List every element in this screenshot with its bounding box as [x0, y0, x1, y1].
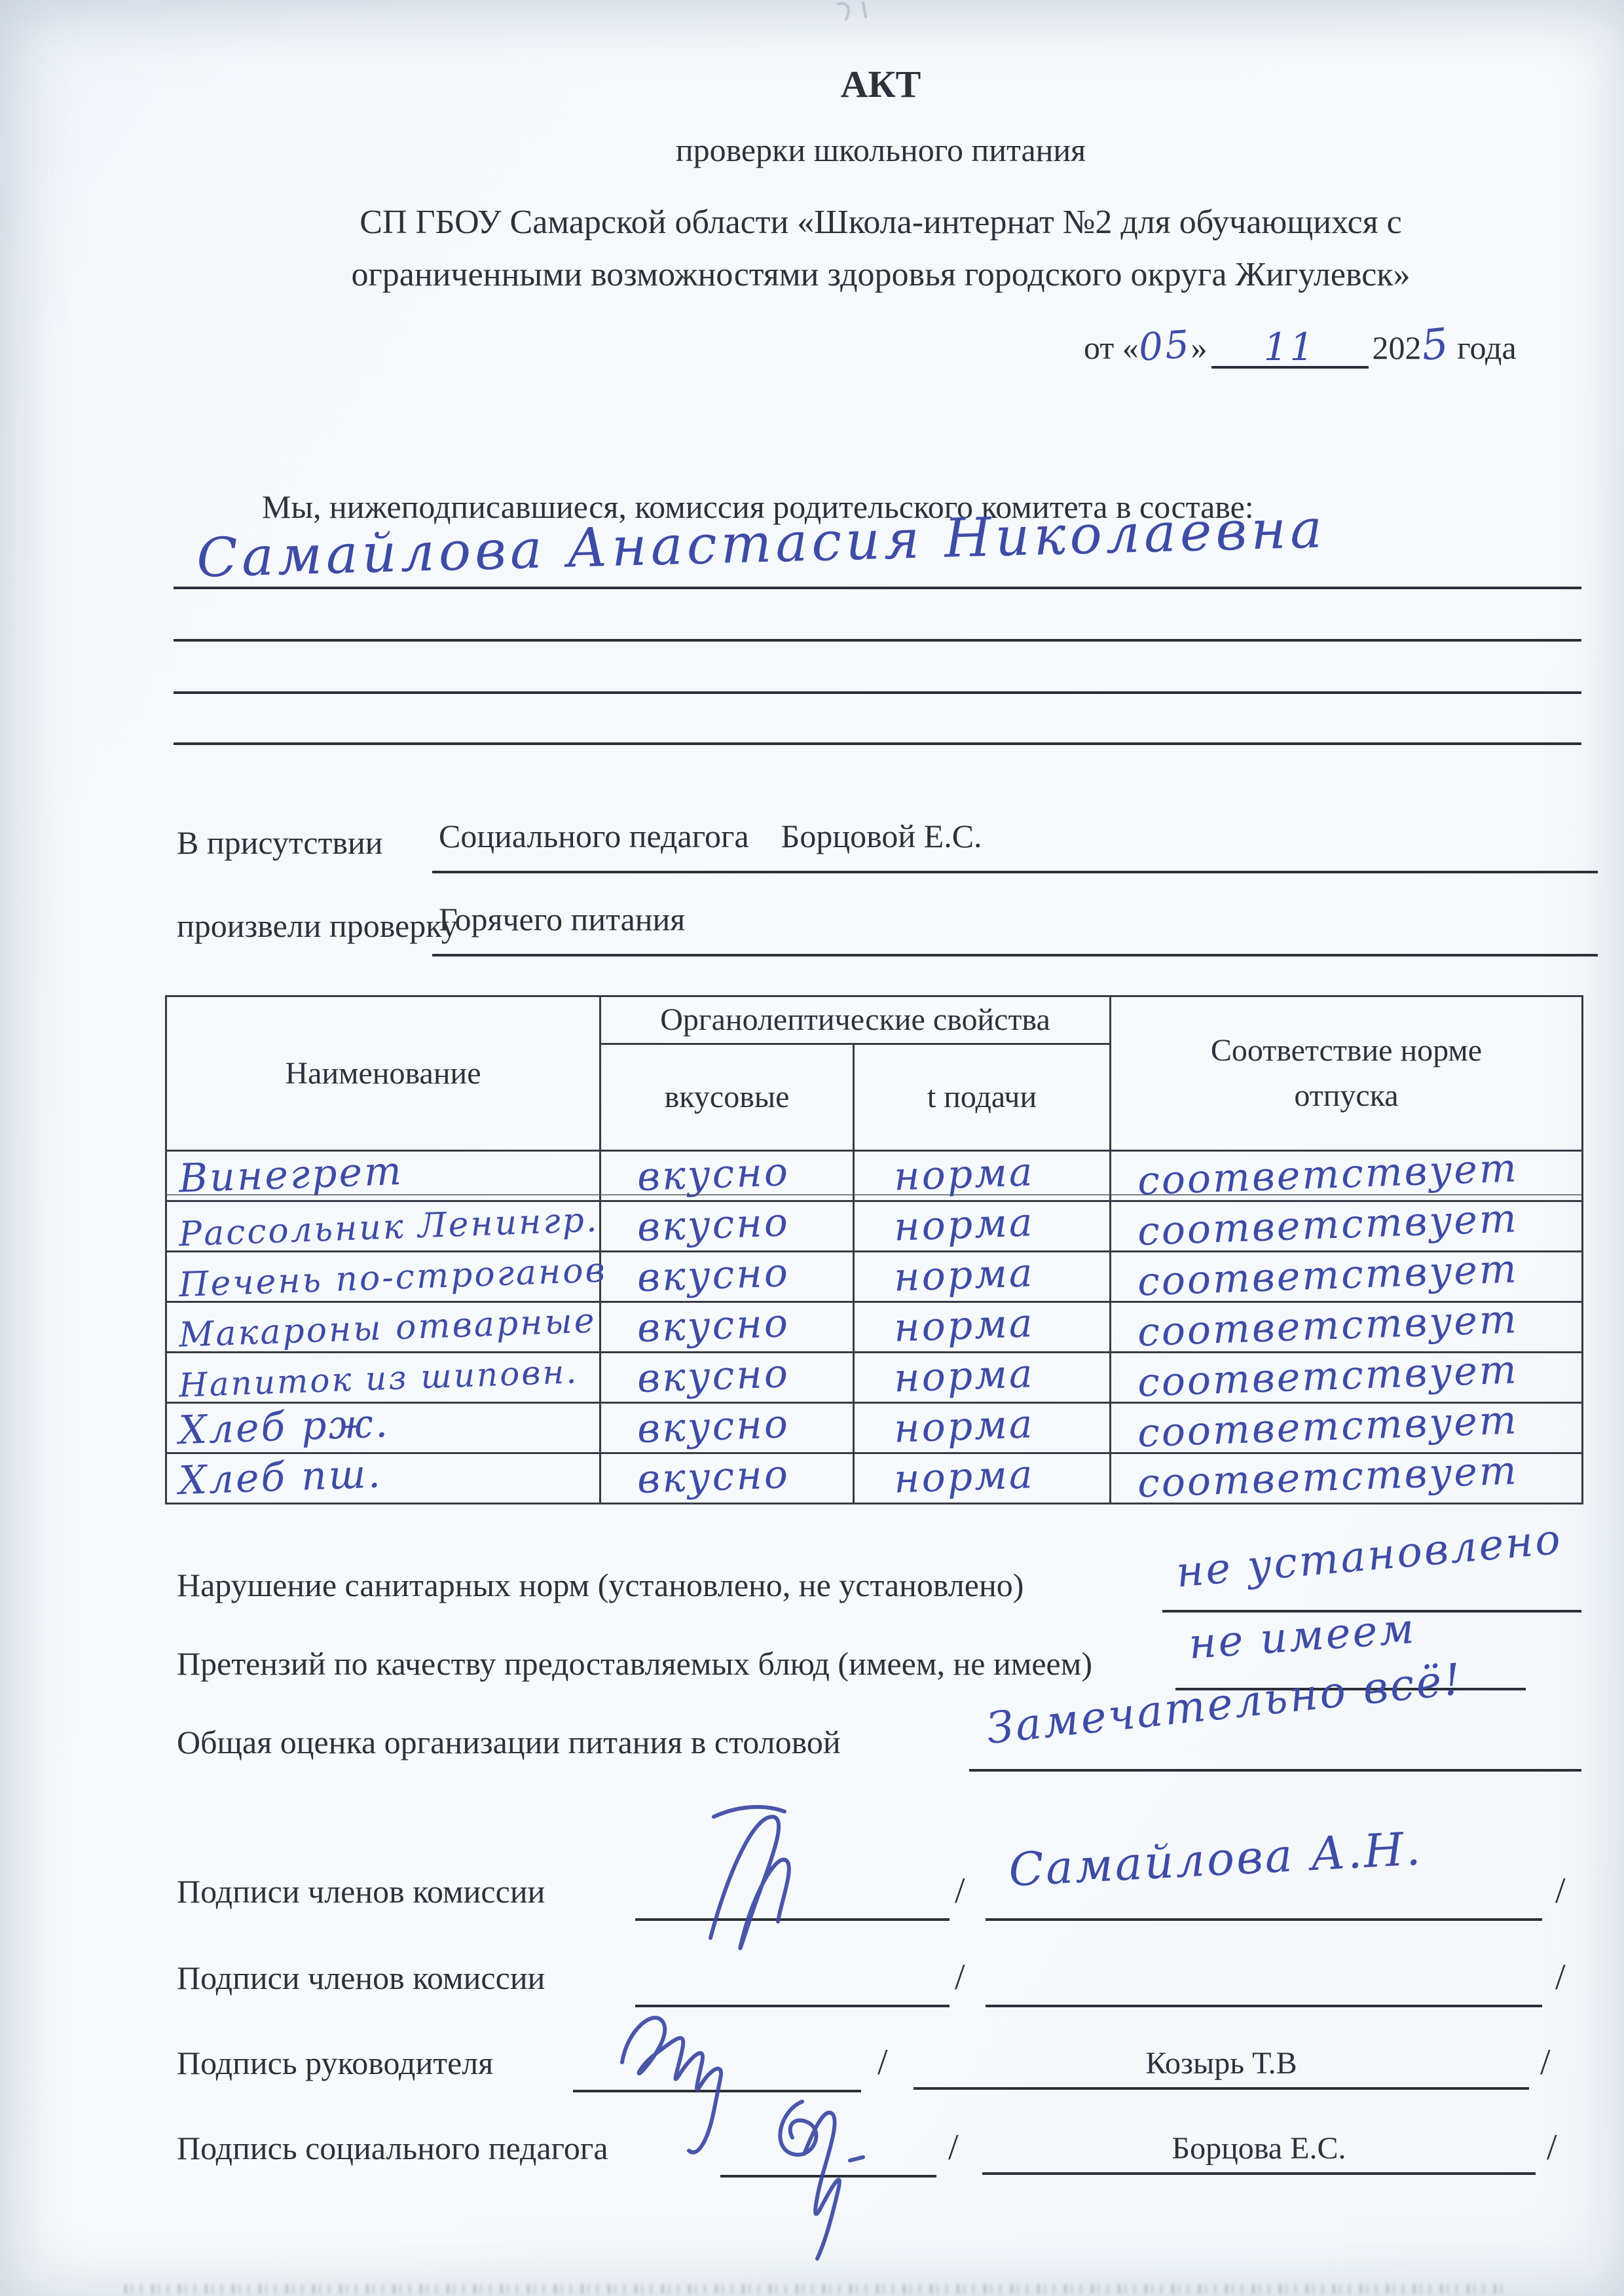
- dish-name-handwritten: Винегрет: [166, 1152, 404, 1199]
- temp-value-handwritten: норма: [854, 1455, 1035, 1501]
- header-double-line-artifact: [165, 1194, 1581, 1195]
- social-pedagogue-signature-scribble: [740, 2062, 910, 2285]
- taste-value-handwritten: вкусно: [600, 1455, 790, 1501]
- presence-field: Социального педагога Борцовой Е.С.: [432, 817, 1598, 873]
- document-title: АКТ: [177, 62, 1585, 106]
- signature-row-3-label: Подпись руководителя: [177, 2044, 493, 2082]
- taste-value-handwritten: вкусно: [600, 1354, 790, 1400]
- taste-value-handwritten: вкусно: [600, 1253, 790, 1299]
- date-month-field: 11: [1211, 328, 1369, 369]
- taste-value-handwritten: вкусно: [600, 1152, 790, 1198]
- dish-name-handwritten: Макароны отварные: [166, 1304, 597, 1353]
- signature-row-4-name-printed: Борцова Е.С.: [982, 2130, 1536, 2175]
- date-day-handwritten: 05: [1137, 325, 1192, 366]
- table-row: Рассольник Ленингр. вкусно норма соответ…: [166, 1201, 1583, 1251]
- signature-row-3-name-printed: Козырь Т.В: [913, 2045, 1529, 2090]
- table-row: Винегрет вкусно норма соответствует: [166, 1150, 1583, 1201]
- date-year-handwritten: 5: [1419, 323, 1450, 367]
- norm-value-handwritten: соответствует: [1111, 1199, 1519, 1252]
- signature-row-2-slash-2: /: [1555, 1956, 1566, 1998]
- taste-value-handwritten: вкусно: [600, 1203, 790, 1248]
- norm-value-handwritten: соответствует: [1111, 1451, 1519, 1504]
- signature-row-1-slash-1: /: [955, 1870, 965, 1912]
- date-prefix: от «: [1084, 329, 1139, 367]
- column-header-name: Наименование: [166, 996, 600, 1151]
- ruled-line-4: [174, 740, 1581, 745]
- table-row: Печень по-строганов вкусно норма соответ…: [166, 1251, 1583, 1302]
- signature-row-2-slash-1: /: [955, 1956, 965, 1998]
- table-row: Напиток из шиповн. вкусно норма соответс…: [166, 1352, 1583, 1402]
- signature-row-2-label: Подписи членов комиссии: [177, 1959, 545, 1997]
- date-line: от « 05 » 11 202 5 года: [1084, 324, 1517, 367]
- temp-value-handwritten: норма: [854, 1253, 1035, 1299]
- date-era: года: [1457, 329, 1516, 367]
- presence-label: В присутствии: [177, 824, 383, 862]
- signature-row-1-label: Подписи членов комиссии: [177, 1872, 545, 1910]
- ruled-line-3: [174, 689, 1581, 694]
- temp-value-handwritten: норма: [854, 1404, 1035, 1450]
- signature-row-1-slash-2: /: [1555, 1870, 1566, 1912]
- ruled-line-2: [174, 636, 1581, 642]
- dish-name-handwritten: Напиток из шиповн.: [166, 1355, 579, 1402]
- column-header-serving-temp: t подачи: [854, 1044, 1111, 1150]
- column-header-taste: вкусовые: [600, 1044, 854, 1150]
- next-page-bleed-artifact: [124, 2284, 1506, 2293]
- temp-value-handwritten: норма: [854, 1303, 1035, 1349]
- scanned-document-page: { "document": { "title": "АКТ", "subtitl…: [0, 0, 1624, 2296]
- temp-value-handwritten: норма: [854, 1152, 1035, 1198]
- inspection-value: Горячего питания: [439, 901, 685, 938]
- table-row: Макароны отварные вкусно норма соответст…: [166, 1302, 1583, 1352]
- organization-line-2: ограниченными возможностями здоровья гор…: [177, 255, 1585, 294]
- norm-value-handwritten: соответствует: [1111, 1249, 1519, 1303]
- signature-row-4-slash-1: /: [948, 2126, 959, 2168]
- document-subtitle: проверки школьного питания: [177, 131, 1585, 169]
- presence-name: Борцовой Е.С.: [781, 818, 982, 854]
- overall-assessment-label: Общая оценка организации питания в столо…: [177, 1723, 841, 1761]
- table-row: Хлеб пш. вкусно норма соответствует: [166, 1453, 1583, 1503]
- norm-value-handwritten: соответствует: [1111, 1350, 1519, 1404]
- norm-value-handwritten: соответствует: [1111, 1300, 1519, 1353]
- column-header-organoleptic: Органолептические свойства: [600, 996, 1111, 1044]
- presence-role: Социального педагога: [439, 818, 749, 854]
- signature-row-2-name-field: [986, 1963, 1542, 2007]
- temp-value-handwritten: норма: [854, 1354, 1035, 1400]
- date-close-quote: »: [1191, 329, 1208, 367]
- quality-claims-label: Претензий по качеству предоставляемых бл…: [177, 1645, 1092, 1683]
- table-row: Хлеб рж. вкусно норма соответствует: [166, 1402, 1583, 1453]
- date-year-printed: 202: [1373, 329, 1422, 367]
- taste-value-handwritten: вкусно: [600, 1303, 790, 1349]
- dish-name-handwritten: Рассольник Ленингр.: [166, 1203, 599, 1252]
- temp-value-handwritten: норма: [854, 1203, 1035, 1248]
- column-header-norm: Соответствие норме отпуска: [1111, 996, 1583, 1151]
- menu-inspection-table: Наименование Органолептические свойства …: [165, 995, 1583, 1504]
- taste-value-handwritten: вкусно: [600, 1404, 790, 1450]
- sanitary-violations-label: Нарушение санитарных норм (установлено, …: [177, 1566, 1024, 1604]
- signature-row-4-label: Подпись социального педагога: [177, 2129, 608, 2167]
- signature-row-3-slash-2: /: [1540, 2041, 1551, 2083]
- organization-line-1: СП ГБОУ Самарской области «Школа-интерна…: [177, 203, 1585, 242]
- dish-name-handwritten: Хлеб пш.: [166, 1454, 383, 1501]
- ruled-line-1: [174, 584, 1581, 589]
- signature-row-4-slash-2: /: [1547, 2126, 1557, 2168]
- norm-value-handwritten: соответствует: [1111, 1400, 1519, 1454]
- stray-pen-mark: [832, 0, 877, 26]
- dish-name-handwritten: Хлеб рж.: [166, 1404, 390, 1451]
- inspection-label: произвели проверку: [177, 907, 458, 945]
- inspection-field: Горячего питания: [432, 900, 1598, 957]
- dish-name-handwritten: Печень по-строганов: [166, 1253, 607, 1302]
